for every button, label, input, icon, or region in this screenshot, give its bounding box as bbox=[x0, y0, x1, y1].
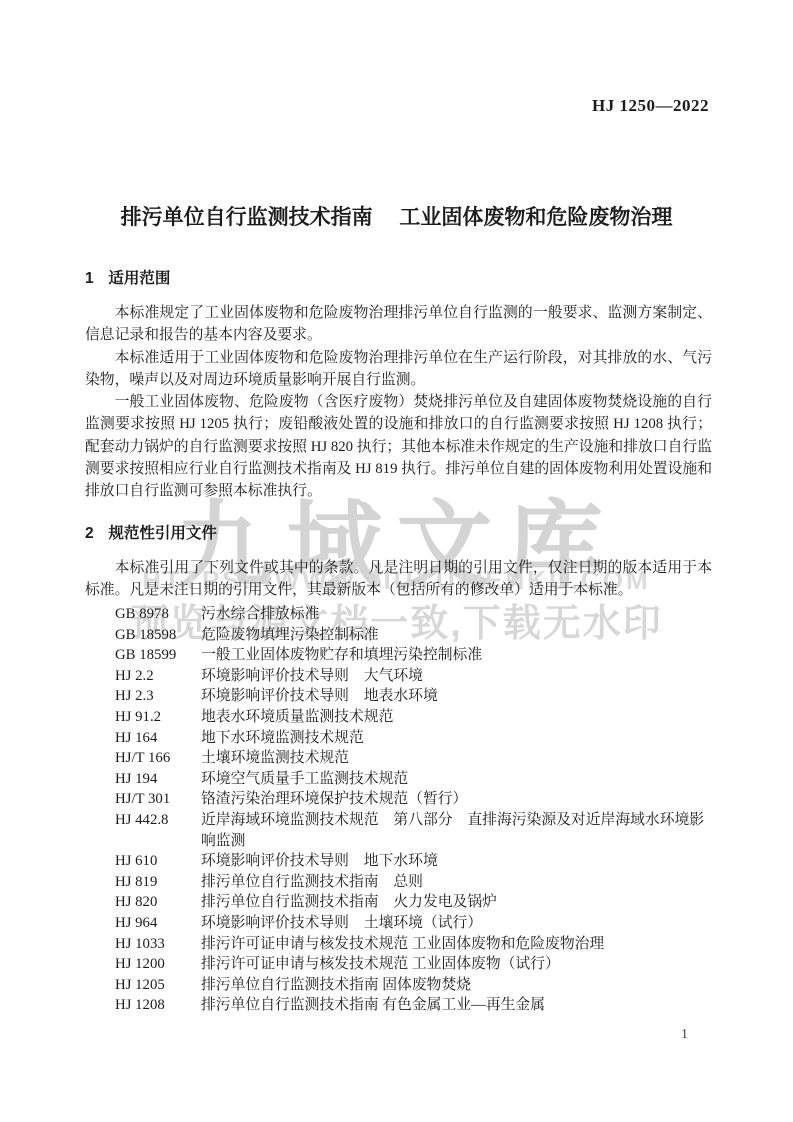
reference-code: HJ 164 bbox=[115, 728, 201, 749]
paragraph: 本标准规定了工业固体废物和危险废物治理排污单位自行监测的一般要求、监测方案制定、… bbox=[85, 302, 712, 347]
page-number: 1 bbox=[681, 1027, 688, 1043]
reference-title: 排污许可证申请与核发技术规范 工业固体废物和危险废物治理 bbox=[201, 934, 712, 955]
section1-body: 本标准规定了工业固体废物和危险废物治理排污单位自行监测的一般要求、监测方案制定、… bbox=[85, 302, 712, 503]
reference-code: HJ 964 bbox=[115, 913, 201, 934]
reference-code: HJ 610 bbox=[115, 851, 201, 872]
reference-row: GB 18598 危险废物填埋污染控制标准 bbox=[115, 625, 712, 646]
reference-row: HJ 610 环境影响评价技术导则 地下水环境 bbox=[115, 851, 712, 872]
document-title: 排污单位自行监测技术指南 工业固体废物和危险废物治理 bbox=[0, 201, 793, 231]
reference-title: 环境影响评价技术导则 大气环境 bbox=[201, 666, 712, 687]
reference-row: HJ 819 排污单位自行监测技术指南 总则 bbox=[115, 872, 712, 893]
standard-number-header: HJ 1250—2022 bbox=[592, 96, 709, 116]
section1-number: 1 bbox=[85, 270, 94, 287]
reference-code: HJ 1200 bbox=[115, 954, 201, 975]
reference-row: GB 18599 一般工业固体废物贮存和填埋污染控制标准 bbox=[115, 645, 712, 666]
reference-title: 排污单位自行监测技术指南 总则 bbox=[201, 872, 712, 893]
reference-row: HJ/T 166 土壤环境监测技术规范 bbox=[115, 748, 712, 769]
reference-title: 环境影响评价技术导则 地表水环境 bbox=[201, 686, 712, 707]
paragraph: 一般工业固体废物、危险废物（含医疗废物）焚烧排污单位及自建固体废物焚烧设施的自行… bbox=[85, 391, 712, 502]
reference-row: HJ 1208 排污单位自行监测技术指南 有色金属工业—再生金属 bbox=[115, 995, 712, 1016]
reference-title: 环境空气质量手工监测技术规范 bbox=[201, 769, 712, 790]
reference-title: 排污许可证申请与核发技术规范 工业固体废物（试行） bbox=[201, 954, 712, 975]
reference-code: HJ 1033 bbox=[115, 934, 201, 955]
reference-code: HJ 194 bbox=[115, 769, 201, 790]
reference-code: HJ 819 bbox=[115, 872, 201, 893]
reference-row: HJ 442.8 近岸海域环境监测技术规范 第八部分 直排海污染源及对近岸海域水… bbox=[115, 810, 712, 851]
reference-row: HJ 194 环境空气质量手工监测技术规范 bbox=[115, 769, 712, 790]
reference-code: HJ 442.8 bbox=[115, 810, 201, 851]
section1-heading: 1适用范围 bbox=[85, 266, 170, 288]
reference-title: 危险废物填埋污染控制标准 bbox=[201, 625, 712, 646]
reference-title: 铬渣污染治理环境保护技术规范（暂行） bbox=[201, 789, 712, 810]
reference-title: 环境影响评价技术导则 土壤环境（试行） bbox=[201, 913, 712, 934]
reference-code: HJ 820 bbox=[115, 892, 201, 913]
section2-number: 2 bbox=[85, 525, 94, 542]
reference-row: HJ/T 301 铬渣污染治理环境保护技术规范（暂行） bbox=[115, 789, 712, 810]
reference-row: HJ 1200 排污许可证申请与核发技术规范 工业固体废物（试行） bbox=[115, 954, 712, 975]
section2-intro: 本标准引用了下列文件或其中的条款。凡是注明日期的引用文件，仅注日期的版本适用于本… bbox=[85, 557, 712, 602]
reference-row: GB 8978 污水综合排放标准 bbox=[115, 604, 712, 625]
reference-row: HJ 1205 排污单位自行监测技术指南 固体废物焚烧 bbox=[115, 975, 712, 996]
reference-title: 排污单位自行监测技术指南 有色金属工业—再生金属 bbox=[201, 995, 712, 1016]
reference-code: HJ/T 301 bbox=[115, 789, 201, 810]
reference-title: 土壤环境监测技术规范 bbox=[201, 748, 712, 769]
reference-row: HJ 2.3 环境影响评价技术导则 地表水环境 bbox=[115, 686, 712, 707]
reference-row: HJ 2.2 环境影响评价技术导则 大气环境 bbox=[115, 666, 712, 687]
reference-title: 排污单位自行监测技术指南 固体废物焚烧 bbox=[201, 975, 712, 996]
reference-title: 地下水环境监测技术规范 bbox=[201, 728, 712, 749]
reference-row: HJ 164 地下水环境监测技术规范 bbox=[115, 728, 712, 749]
reference-title: 地表水环境质量监测技术规范 bbox=[201, 707, 712, 728]
references-list: GB 8978 污水综合排放标准 GB 18598 危险废物填埋污染控制标准 G… bbox=[115, 604, 712, 1016]
section1-heading-label: 适用范围 bbox=[108, 270, 170, 287]
reference-title: 近岸海域环境监测技术规范 第八部分 直排海污染源及对近岸海域水环境影响监测 bbox=[201, 810, 712, 851]
reference-code: GB 18599 bbox=[115, 645, 201, 666]
document-page: 九域文库 HTTPS://WWW.JIUYUWENKU.COM 预览与源文档一致… bbox=[0, 0, 793, 1122]
reference-row: HJ 91.2 地表水环境质量监测技术规范 bbox=[115, 707, 712, 728]
reference-code: GB 18598 bbox=[115, 625, 201, 646]
reference-title: 排污单位自行监测技术指南 火力发电及锅炉 bbox=[201, 892, 712, 913]
reference-code: HJ 1205 bbox=[115, 975, 201, 996]
reference-title: 环境影响评价技术导则 地下水环境 bbox=[201, 851, 712, 872]
reference-title: 一般工业固体废物贮存和填埋污染控制标准 bbox=[201, 645, 712, 666]
paragraph: 本标准引用了下列文件或其中的条款。凡是注明日期的引用文件，仅注日期的版本适用于本… bbox=[85, 557, 712, 602]
reference-title: 污水综合排放标准 bbox=[201, 604, 712, 625]
reference-code: HJ 91.2 bbox=[115, 707, 201, 728]
reference-row: HJ 1033 排污许可证申请与核发技术规范 工业固体废物和危险废物治理 bbox=[115, 934, 712, 955]
reference-code: HJ 2.2 bbox=[115, 666, 201, 687]
paragraph: 本标准适用于工业固体废物和危险废物治理排污单位在生产运行阶段，对其排放的水、气污… bbox=[85, 347, 712, 392]
reference-code: GB 8978 bbox=[115, 604, 201, 625]
reference-code: HJ 2.3 bbox=[115, 686, 201, 707]
reference-row: HJ 964 环境影响评价技术导则 土壤环境（试行） bbox=[115, 913, 712, 934]
reference-code: HJ/T 166 bbox=[115, 748, 201, 769]
section2-heading: 2规范性引用文件 bbox=[85, 521, 217, 543]
section2-heading-label: 规范性引用文件 bbox=[108, 525, 217, 542]
reference-row: HJ 820 排污单位自行监测技术指南 火力发电及锅炉 bbox=[115, 892, 712, 913]
reference-code: HJ 1208 bbox=[115, 995, 201, 1016]
